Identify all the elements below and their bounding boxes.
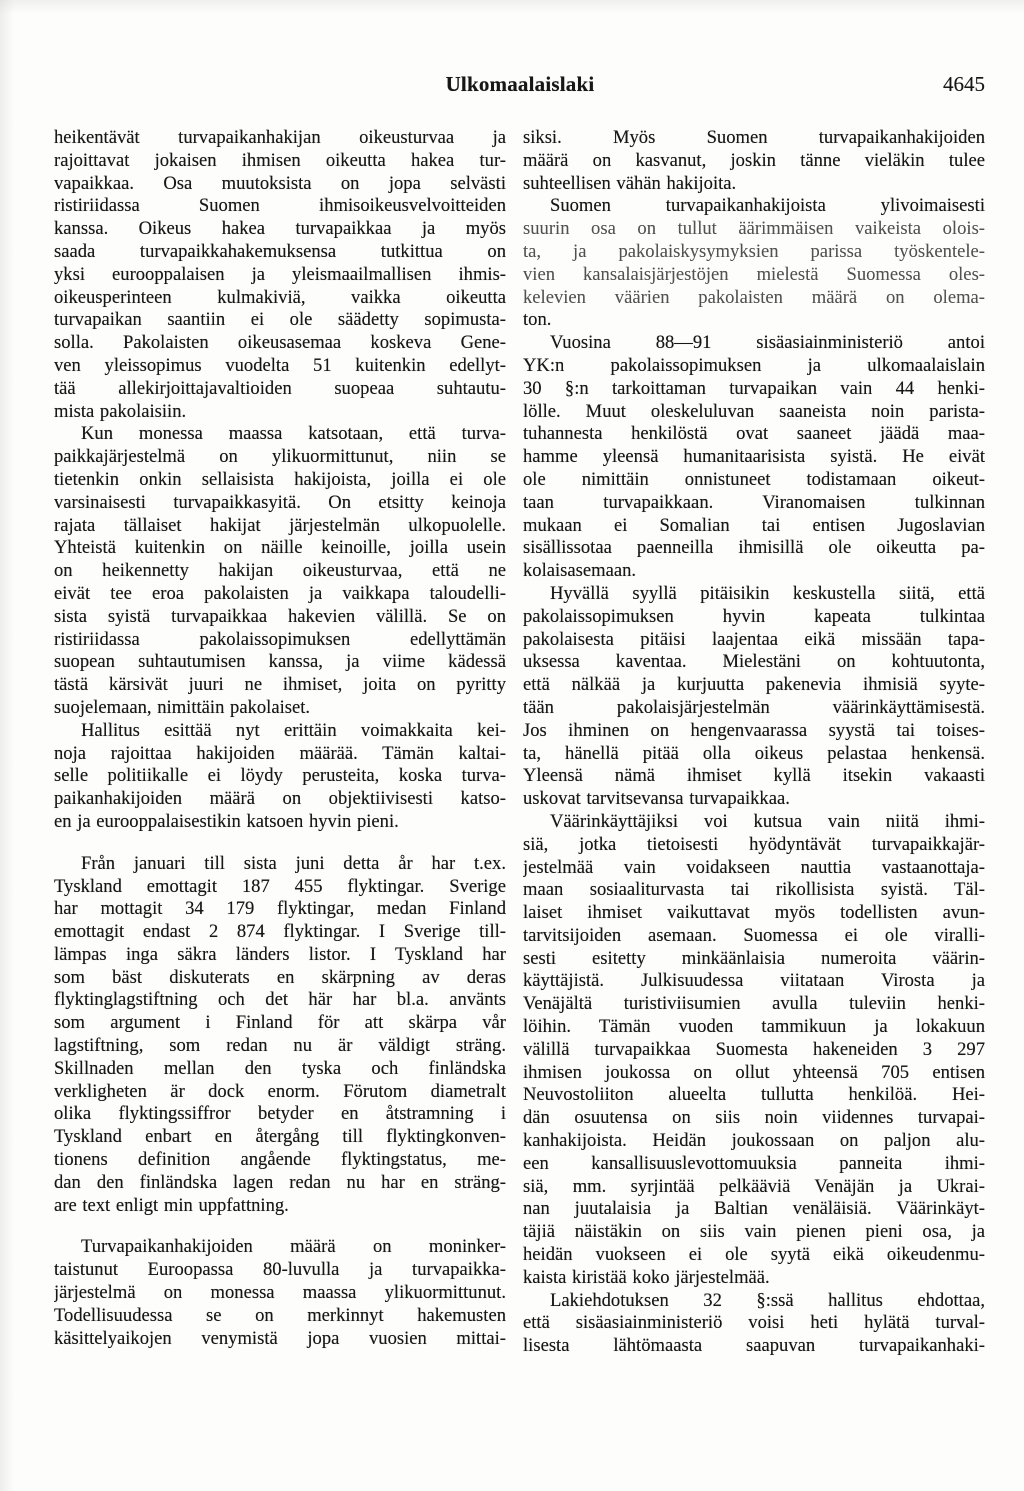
text-line: varsinaisesti turvapaikkasyitä. On etsit… <box>54 492 506 515</box>
text-line: Todellisuudessa se on merkinnyt hakemust… <box>54 1305 506 1328</box>
text-line: suopean suhtautumisen kanssa, ja viime k… <box>54 651 506 674</box>
text-line: kanhakijoista. Heidän joukossaan on palj… <box>523 1130 985 1153</box>
text-line: dan den finländska lagen redan nu har en… <box>54 1172 506 1195</box>
text-line: lagstiftning, som redan nu är väldigt st… <box>54 1035 506 1058</box>
text-line: ristiriidassa pakolaissopimuksen edellyt… <box>54 629 506 652</box>
page-number: 4645 <box>943 72 985 97</box>
text-line: solla. Pakolaisten oikeusasemaa koskeva … <box>54 332 506 355</box>
paragraph: Hyvällä syyllä pitäisikin keskustella si… <box>523 583 985 811</box>
text-line: että sisäasiainministeriö voisi heti hyl… <box>523 1312 985 1335</box>
text-line: verkligheten är dock enorm. Förutom diam… <box>54 1081 506 1104</box>
text-line: sisällissotaa paenneilla ihmisillä ole o… <box>523 537 985 560</box>
page-title: Ulkomaalaislaki <box>55 72 985 97</box>
text-line: turvapaikan saantiin ei ole säädetty sop… <box>54 309 506 332</box>
paragraph: Lakiehdotuksen 32 §:ssä hallitus ehdotta… <box>523 1290 985 1358</box>
text-line: flyktinglagstiftning och det här har bl.… <box>54 989 506 1012</box>
text-line: käsittelyaikojen venymistä jopa vuosien … <box>54 1328 506 1351</box>
text-line: dän osuutensa on siis noin viidennes tur… <box>523 1107 985 1130</box>
text-line: ta, ja pakolaiskysymyksien parissa työsk… <box>523 241 985 264</box>
text-line: mista pakolaisiin. <box>54 401 506 424</box>
text-line: Kun monessa maassa katsotaan, että turva… <box>54 423 506 446</box>
text-line: emottagit endast 2 874 flyktingar. I Sve… <box>54 921 506 944</box>
text-line: tästä kärsivät juuri ne ihmiset, joita o… <box>54 674 506 697</box>
text-line: ta, hänellä pitää olla oikeus pelastaa h… <box>523 743 985 766</box>
text-line: että nälkää ja kurjuutta pakenevia ihmis… <box>523 674 985 697</box>
text-line: kaista kiristää koko järjestelmää. <box>523 1267 985 1290</box>
text-line: yksi eurooppalaisen ja yleismaailmallise… <box>54 264 506 287</box>
text-line: noja rajoittaa hakijoiden määrää. Tämän … <box>54 743 506 766</box>
text-line: mukaan ei Somalian tai entisen Jugoslavi… <box>523 515 985 538</box>
text-line: tionens definition angående flyktingstat… <box>54 1149 506 1172</box>
text-line: tuhannesta henkilöstä ovat saaneet jäädä… <box>523 423 985 446</box>
text-line: vien kansalaisjärjestöjen mielestä Suome… <box>523 264 985 287</box>
text-line: saada turvapaikkahakemuksensa tutkittua … <box>54 241 506 264</box>
text-line: nan juutalaisia ja Baltian venäläisiä. V… <box>523 1198 985 1221</box>
text-line: käyttäjistä. Julkisuudessa viitataan Vir… <box>523 970 985 993</box>
text-line: selle politiikalle ei löydy perusteita, … <box>54 765 506 788</box>
paragraph: Suomen turvapaikanhakijoista ylivoimaise… <box>523 195 985 332</box>
text-line: tietenkin onkin sellaisista hakijoista, … <box>54 469 506 492</box>
text-line: lisesta lähtömaasta saapuvan turvapaikan… <box>523 1335 985 1358</box>
text-line: siä, jotka tietoisesti hyödyntävät turva… <box>523 834 985 857</box>
text-line: lämpas inga säkra länders listor. I Tysk… <box>54 944 506 967</box>
text-line: jestelmää vain voidakseen nauttia vastaa… <box>523 857 985 880</box>
text-line: taan turvapaikkaan. Viranomaisen tulkinn… <box>523 492 985 515</box>
text-line: vapaikkaa. Osa muutoksista on jopa selvä… <box>54 173 506 196</box>
text-line: siä, mm. syrjintää pelkääviä Venäjän ja … <box>523 1176 985 1199</box>
text-line: ristiriidassa Suomen ihmisoikeusvelvoitt… <box>54 195 506 218</box>
text-line: tarvitsijoiden asemaan. Suomessa ei ole … <box>523 925 985 948</box>
text-line: Väärinkäyttäjiksi voi kutsua vain niitä … <box>523 811 985 834</box>
text-line: löihin. Tämän vuoden tammikuun ja lokaku… <box>523 1016 985 1039</box>
text-line: maan sosiaaliturvasta tai rikollisista s… <box>523 879 985 902</box>
text-line: YK:n pakolaissopimuksen ja ulkomaalaisla… <box>523 355 985 378</box>
text-line: Hyvällä syyllä pitäisikin keskustella si… <box>523 583 985 606</box>
text-line: kolaisasemaan. <box>523 560 985 583</box>
text-line: Yleensä nämä ihmiset kyllä itsekin vakaa… <box>523 765 985 788</box>
left-text-column: heikentävät turvapaikanhakijan oikeustur… <box>54 127 506 1350</box>
text-line: heidän vuokseen ei ole syytä eikä oikeud… <box>523 1244 985 1267</box>
text-line: paikkajärjestelmä on ylikuormittunut, ni… <box>54 446 506 469</box>
text-line: siksi. Myös Suomen turvapaikanhakijoiden <box>523 127 985 150</box>
text-line: Neuvostoliiton alueelta tullutta henkilö… <box>523 1084 985 1107</box>
text-line: pakolaisesta pitäisi laajentaa eikä miss… <box>523 629 985 652</box>
text-line: kanssa. Oikeus hakea turvapaikkaa ja myö… <box>54 218 506 241</box>
text-line: ven yleissopimus vuodelta 51 kuitenkin e… <box>54 355 506 378</box>
paragraph: Från januari till sista juni detta år ha… <box>54 853 506 1218</box>
text-line: laiset ihmiset vaikuttavat myös todellis… <box>523 902 985 925</box>
text-line: are text enligt min uppfattning. <box>54 1195 506 1218</box>
text-line: Hallitus esittää nyt erittäin voimakkait… <box>54 720 506 743</box>
text-line: ihmisen joukossa on ollut yhteensä 705 e… <box>523 1062 985 1085</box>
paragraph: Hallitus esittää nyt erittäin voimakkait… <box>54 720 506 834</box>
text-line: suojelemaan, nimittäin pakolaiset. <box>54 697 506 720</box>
paragraph: Turvapaikanhakijoiden määrä on moninker-… <box>54 1236 506 1350</box>
text-line: uksessa kaventaa. Mielestäni on kohtuuto… <box>523 651 985 674</box>
text-line: Vuosina 88—91 sisäasiainministeriö antoi <box>523 332 985 355</box>
page-header: Ulkomaalaislaki 4645 <box>55 72 985 100</box>
text-line: Jos ihminen on hengenvaarassa syystä tai… <box>523 720 985 743</box>
text-line: een kansallisuuslevottomuuksia panneita … <box>523 1153 985 1176</box>
text-line: Tyskland enbart en återgång till flyktin… <box>54 1126 506 1149</box>
text-line: Skillnaden mellan den tyska och finländs… <box>54 1058 506 1081</box>
text-line: uskovat tarvitsevansa turvapaikkaa. <box>523 788 985 811</box>
text-line: taistunut Euroopassa 80-luvulla ja turva… <box>54 1259 506 1282</box>
text-line: on heikennetty hakijan oikeusturvaa, ett… <box>54 560 506 583</box>
paragraph: siksi. Myös Suomen turvapaikanhakijoiden… <box>523 127 985 195</box>
text-line: Lakiehdotuksen 32 §:ssä hallitus ehdotta… <box>523 1290 985 1313</box>
text-line: har mottagit 34 179 flyktingar, medan Fi… <box>54 898 506 921</box>
text-line: Yhteistä kuitenkin on näille keinoille, … <box>54 537 506 560</box>
text-line: täjiä näistäkin on siis vain pienen pien… <box>523 1221 985 1244</box>
text-line: pakolaissopimuksen hyvin kapeata tulkint… <box>523 606 985 629</box>
text-line: Från januari till sista juni detta år ha… <box>54 853 506 876</box>
text-line: Suomen turvapaikanhakijoista ylivoimaise… <box>523 195 985 218</box>
text-line: järjestelmä on monessa maassa ylikuormit… <box>54 1282 506 1305</box>
text-line: rajata tällaiset hakijat järjestelmän ul… <box>54 515 506 538</box>
text-line: Venäjältä turistiviisumien avulla tulevi… <box>523 993 985 1016</box>
text-line: ton. <box>523 309 985 332</box>
text-line: kelevien väärien pakolaisten määrä on ol… <box>523 287 985 310</box>
text-line: 30 §:n tarkoittaman turvapaikan vain 44 … <box>523 378 985 401</box>
text-line: Turvapaikanhakijoiden määrä on moninker- <box>54 1236 506 1259</box>
paragraph: Kun monessa maassa katsotaan, että turva… <box>54 423 506 719</box>
text-line: rajoittavat jokaisen ihmisen oikeutta ha… <box>54 150 506 173</box>
text-line: suhteellisen vähän hakijoita. <box>523 173 985 196</box>
text-line: Tyskland emottagit 187 455 flyktingar. S… <box>54 876 506 899</box>
text-line: heikentävät turvapaikanhakijan oikeustur… <box>54 127 506 150</box>
text-line: sesti esitetty minkäänlaisia numeroita v… <box>523 948 985 971</box>
text-line: som bäst diskuterats en skärpning av der… <box>54 967 506 990</box>
text-line: paikanhakijoiden määrä on objektiivisest… <box>54 788 506 811</box>
paragraph: Vuosina 88—91 sisäasiainministeriö antoi… <box>523 332 985 583</box>
text-line: olika flyktingssiffror betyder en åtstra… <box>54 1103 506 1126</box>
text-line: suurin osa on tullut äärimmäisen vaikeis… <box>523 218 985 241</box>
document-page: Ulkomaalaislaki 4645 heikentävät turvapa… <box>0 0 1024 1491</box>
right-text-column: siksi. Myös Suomen turvapaikanhakijoiden… <box>523 127 985 1358</box>
text-line: eivät tee eroa pakolaisten ja vaikkapa t… <box>54 583 506 606</box>
text-line: välillä turvapaikkaa Suomesta hakeneiden… <box>523 1039 985 1062</box>
text-line: som argument i Finland för att skärpa vå… <box>54 1012 506 1035</box>
text-line: hamme yleensä humanitaarisista syistä. H… <box>523 446 985 469</box>
text-line: oikeusperinteen kulmakiviä, vaikka oikeu… <box>54 287 506 310</box>
text-line: tää allekirjoittajavaltioiden suopeaa su… <box>54 378 506 401</box>
text-line: ole nimittäin onnistuneet todistamaan oi… <box>523 469 985 492</box>
text-line: sista syistä turvapaikkaa hakevien välil… <box>54 606 506 629</box>
paragraph: Väärinkäyttäjiksi voi kutsua vain niitä … <box>523 811 985 1290</box>
text-line: lölle. Muut oleskeluluvan saaneista noin… <box>523 401 985 424</box>
text-line: määrä on kasvanut, joskin tänne vieläkin… <box>523 150 985 173</box>
text-line: en ja eurooppalaisestikin katsoen hyvin … <box>54 811 506 834</box>
paragraph: heikentävät turvapaikanhakijan oikeustur… <box>54 127 506 423</box>
text-line: tään pakolaisjärjestelmän väärinkäyttämi… <box>523 697 985 720</box>
